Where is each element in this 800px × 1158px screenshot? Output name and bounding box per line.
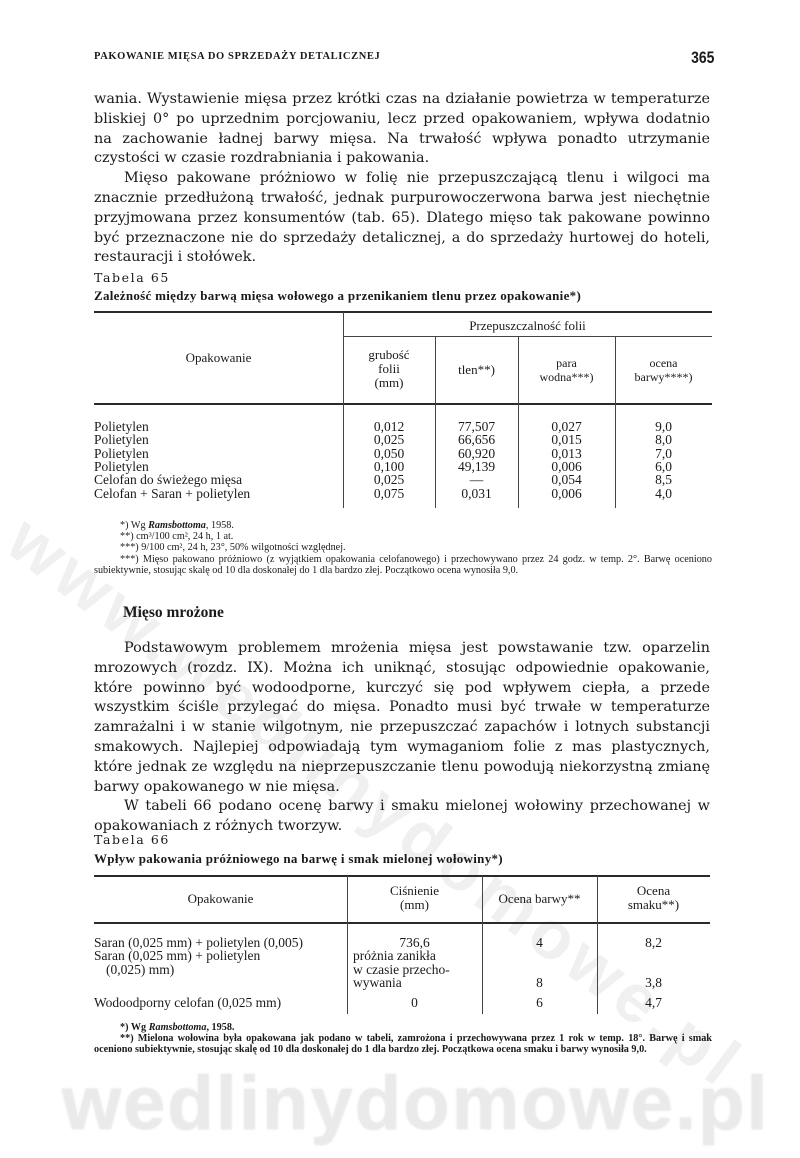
header-thickness: grubość folii (mm) <box>343 348 435 390</box>
table-cell-color: 6 <box>482 996 597 1009</box>
running-title: PAKOWANIE MIĘSA DO SPRZEDAŻY DETALICZNEJ <box>94 51 380 62</box>
header-line: ocena <box>615 356 712 370</box>
header-text: Ocena barwy <box>499 891 568 906</box>
table-65-label: Tabela 65 <box>94 270 170 285</box>
table-top-rule <box>94 875 710 877</box>
table-cell-oxygen: 77,507 <box>435 420 518 433</box>
table-cell-packaging: Saran (0,025 mm) + polietylen <box>94 949 260 962</box>
table-66-footnotes: *) Wg Ramsbottoma, 1958.**) Mielona woło… <box>94 1022 712 1056</box>
header-line: para <box>518 356 615 370</box>
footnote-mark: ***) <box>120 554 143 565</box>
header-line: (mm) <box>343 376 435 390</box>
table-cell-vapor: 0,006 <box>518 460 615 473</box>
table-cell-color: 7,0 <box>615 447 712 460</box>
table-cell-thickness: 0,025 <box>343 433 435 446</box>
footnote-mark: **) <box>120 1033 138 1044</box>
header-line: smaku**) <box>597 898 710 912</box>
footnote: **) cm³/100 cm², 24 h, 1 at. <box>94 531 712 542</box>
header-text: tlen <box>458 362 478 377</box>
footnote-mark: ** <box>567 891 580 906</box>
header-pressure: Ciśnienie (mm) <box>347 884 482 912</box>
footnote-mark: ***) <box>572 370 594 384</box>
table-cell-packaging: Wodoodporny celofan (0,025 mm) <box>94 996 281 1009</box>
footnote-mark: **) <box>478 362 495 377</box>
table-cell-oxygen: 49,139 <box>435 460 518 473</box>
footnote-mark: **) <box>662 897 679 912</box>
footnote-mark: *) <box>120 520 131 531</box>
table-cell-vapor: 0,027 <box>518 420 615 433</box>
header-line: barwy****) <box>615 370 712 384</box>
paragraph: W tabeli 66 podano ocenę barwy i smaku m… <box>94 797 710 837</box>
table-cell-thickness: 0,100 <box>343 460 435 473</box>
header-text: wodna <box>540 370 572 384</box>
table-top-rule <box>94 311 712 313</box>
footnote: ***) 9/100 cm², 24 h, 23°, 50% wilgotnoś… <box>94 542 712 553</box>
table-cell-pressure: 736,6 <box>347 936 482 949</box>
header-bottom-rule <box>94 922 710 924</box>
header-line: Ciśnienie <box>347 884 482 898</box>
header-taste-score: Ocena smaku**) <box>597 884 710 912</box>
table-cell-color: 8,5 <box>615 473 712 486</box>
table-cell-vapor: 0,013 <box>518 447 615 460</box>
table-cell-taste: 3,8 <box>597 976 710 989</box>
header-vapor: para wodna***) <box>518 356 615 384</box>
paragraph: Podstawowym problemem mrożenia mięsa jes… <box>94 639 710 797</box>
table-cell-packaging: Polietylen <box>94 420 149 433</box>
footnote: **) Mielona wołowina była opakowana jak … <box>94 1033 712 1055</box>
footnote-mark: *) <box>120 1022 131 1033</box>
section-heading: Mięso mrożone <box>123 604 224 622</box>
table-cell-packaging: Celofan do świeżego mięsa <box>94 473 242 486</box>
table-65: Opakowanie Przepuszczalność folii gruboś… <box>94 306 714 516</box>
header-packaging: Opakowanie <box>94 892 347 906</box>
table-cell-color: 8 <box>482 976 597 989</box>
table-65-footnotes: *) Wg Ramsbottoma, 1958.**) cm³/100 cm²,… <box>94 520 712 576</box>
table-cell-vapor: 0,054 <box>518 473 615 486</box>
table-cell-color: 9,0 <box>615 420 712 433</box>
table-cell-color: 8,0 <box>615 433 712 446</box>
table-cell-thickness: 0,025 <box>343 473 435 486</box>
table-66-caption: Wpływ pakowania próżniowego na barwę i s… <box>94 851 714 867</box>
table-66: Opakowanie Ciśnienie (mm) Ocena barwy** … <box>94 870 714 1020</box>
group-rule <box>343 336 712 337</box>
table-cell-color: 4,0 <box>615 487 712 500</box>
table-cell-packaging: Polietylen <box>94 433 149 446</box>
footnote: ***) Mięso pakowano próżniowo (z wyjątki… <box>94 554 712 576</box>
table-cell-packaging: Polietylen <box>94 447 149 460</box>
footnote-mark: **) <box>120 531 136 542</box>
header-bottom-rule <box>94 403 712 405</box>
table-cell-vapor: 0,015 <box>518 433 615 446</box>
intro-text: wania. Wystawienie mięsa przez krótki cz… <box>94 90 710 268</box>
paragraph: wania. Wystawienie mięsa przez krótki cz… <box>94 90 710 169</box>
header-permeability: Przepuszczalność folii <box>343 319 712 333</box>
table-cell-packaging: Polietylen <box>94 460 149 473</box>
bottom-watermark: wedlinydomowe.pl <box>62 1060 770 1147</box>
table-cell-thickness: 0,075 <box>343 487 435 500</box>
table-cell-thickness: 0,050 <box>343 447 435 460</box>
table-cell-oxygen: 66,656 <box>435 433 518 446</box>
table-cell-packaging: Celofan + Saran + polietylen <box>94 487 250 500</box>
table-cell-pressure: próżnia zanikła <box>353 949 436 962</box>
table-cell-vapor: 0,006 <box>518 487 615 500</box>
header-text: barwy <box>635 370 665 384</box>
footnote-mark: ***) <box>120 542 141 553</box>
table-cell-color: 4 <box>482 936 597 949</box>
footnote: *) Wg Ramsbottoma, 1958. <box>94 520 712 531</box>
header-line: grubość <box>343 348 435 362</box>
table-cell-packaging: Saran (0,025 mm) + polietylen (0,005) <box>94 936 303 949</box>
footnote-mark: ****) <box>665 370 693 384</box>
header-line: folii <box>343 362 435 376</box>
table-cell-oxygen: 60,920 <box>435 447 518 460</box>
paragraph: Mięso pakowane próżniowo w folię nie prz… <box>94 169 710 268</box>
page-number: 365 <box>691 48 714 68</box>
table-cell-taste: 4,7 <box>597 996 710 1009</box>
section-text: Podstawowym problemem mrożenia mięsa jes… <box>94 639 710 837</box>
header-line: (mm) <box>347 898 482 912</box>
header-line: Ocena <box>597 884 710 898</box>
header-text: smaku <box>628 897 662 912</box>
table-cell-thickness: 0,012 <box>343 420 435 433</box>
header-color-score: ocena barwy****) <box>615 356 712 384</box>
table-cell-oxygen: 0,031 <box>435 487 518 500</box>
table-cell-pressure: wywania <box>353 976 402 989</box>
running-head: PAKOWANIE MIĘSA DO SPRZEDAŻY DETALICZNEJ… <box>94 48 714 72</box>
table-65-caption: Zależność między barwą mięsa wołowego a … <box>94 288 714 304</box>
table-cell-pressure: w czasie przecho- <box>353 963 450 976</box>
book-page: www.wedlinydomowe.pl wedlinydomowe.pl PA… <box>0 0 800 1158</box>
footnote: *) Wg Ramsbottoma, 1958. <box>94 1022 712 1033</box>
table-cell-oxygen: — <box>435 473 518 486</box>
table-cell-packaging: (0,025) mm) <box>106 963 174 976</box>
table-cell-color: 6,0 <box>615 460 712 473</box>
header-color-score: Ocena barwy** <box>482 892 597 906</box>
header-packaging: Opakowanie <box>94 351 343 365</box>
header-line: wodna***) <box>518 370 615 384</box>
header-oxygen: tlen**) <box>435 363 518 377</box>
table-66-label: Tabela 66 <box>94 832 170 847</box>
table-cell-pressure: 0 <box>347 996 482 1009</box>
table-cell-taste: 8,2 <box>597 936 710 949</box>
